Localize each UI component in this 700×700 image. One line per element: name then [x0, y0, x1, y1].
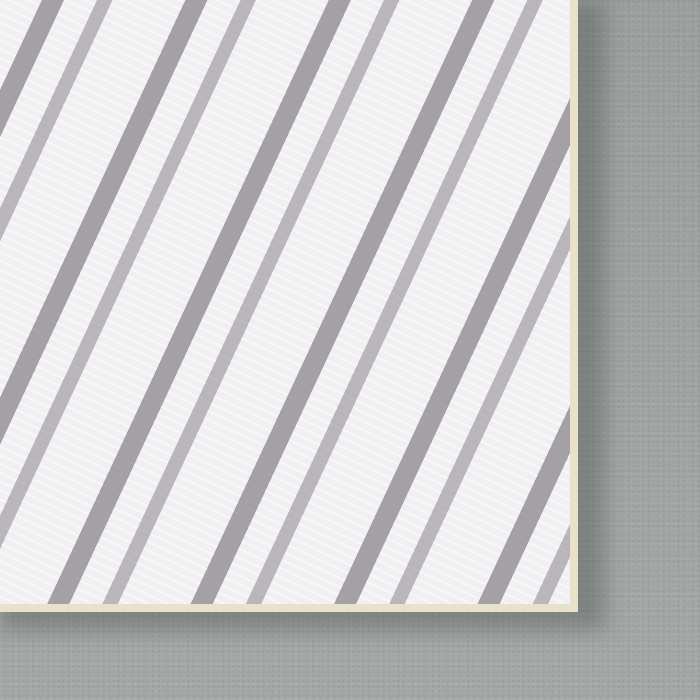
rug-corner	[0, 0, 578, 612]
rug-pattern	[0, 0, 570, 604]
photo-scene: Corner of a white rug with grey diagonal…	[0, 0, 700, 700]
